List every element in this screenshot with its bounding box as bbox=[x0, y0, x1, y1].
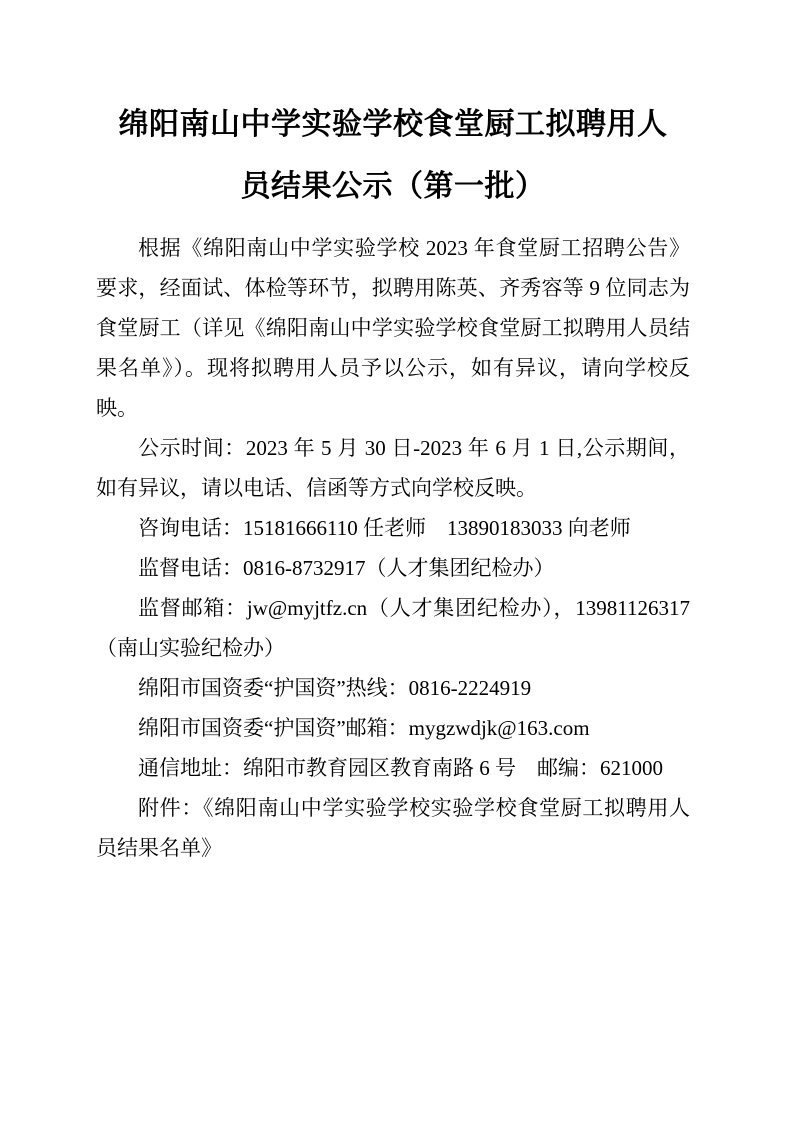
document-title: 绵阳南山中学实验学校食堂厨工拟聘用人 员结果公示（第一批） bbox=[96, 94, 690, 218]
paragraph-supervision-phone: 监督电话：0816-8732917（人才集团纪检办） bbox=[96, 548, 690, 588]
document-body: 根据《绵阳南山中学实验学校 2023 年食堂厨工招聘公告》要求，经面试、体检等环… bbox=[96, 228, 690, 868]
paragraph-sasac-hotline: 绵阳市国资委“护国资”热线：0816-2224919 bbox=[96, 668, 690, 708]
paragraph-attachment: 附件：《绵阳南山中学实验学校实验学校食堂厨工拟聘用人员结果名单》 bbox=[96, 788, 690, 868]
paragraph-inquiry-phone: 咨询电话：15181666110 任老师 13890183033 向老师 bbox=[96, 508, 690, 548]
paragraph-intro: 根据《绵阳南山中学实验学校 2023 年食堂厨工招聘公告》要求，经面试、体检等环… bbox=[96, 228, 690, 428]
paragraph-publicity-period: 公示时间：2023 年 5 月 30 日-2023 年 6 月 1 日,公示期间… bbox=[96, 428, 690, 508]
document-page: 绵阳南山中学实验学校食堂厨工拟聘用人 员结果公示（第一批） 根据《绵阳南山中学实… bbox=[0, 0, 800, 1131]
paragraph-mailing-address: 通信地址：绵阳市教育园区教育南路 6 号 邮编：621000 bbox=[96, 748, 690, 788]
paragraph-supervision-email: 监督邮箱：jw@myjtfz.cn（人才集团纪检办），13981126317（南… bbox=[96, 588, 690, 668]
paragraph-sasac-email: 绵阳市国资委“护国资”邮箱：mygzwdjk@163.com bbox=[96, 708, 690, 748]
document-title-line-1: 绵阳南山中学实验学校食堂厨工拟聘用人 bbox=[96, 94, 690, 156]
document-title-line-2: 员结果公示（第一批） bbox=[96, 156, 690, 218]
